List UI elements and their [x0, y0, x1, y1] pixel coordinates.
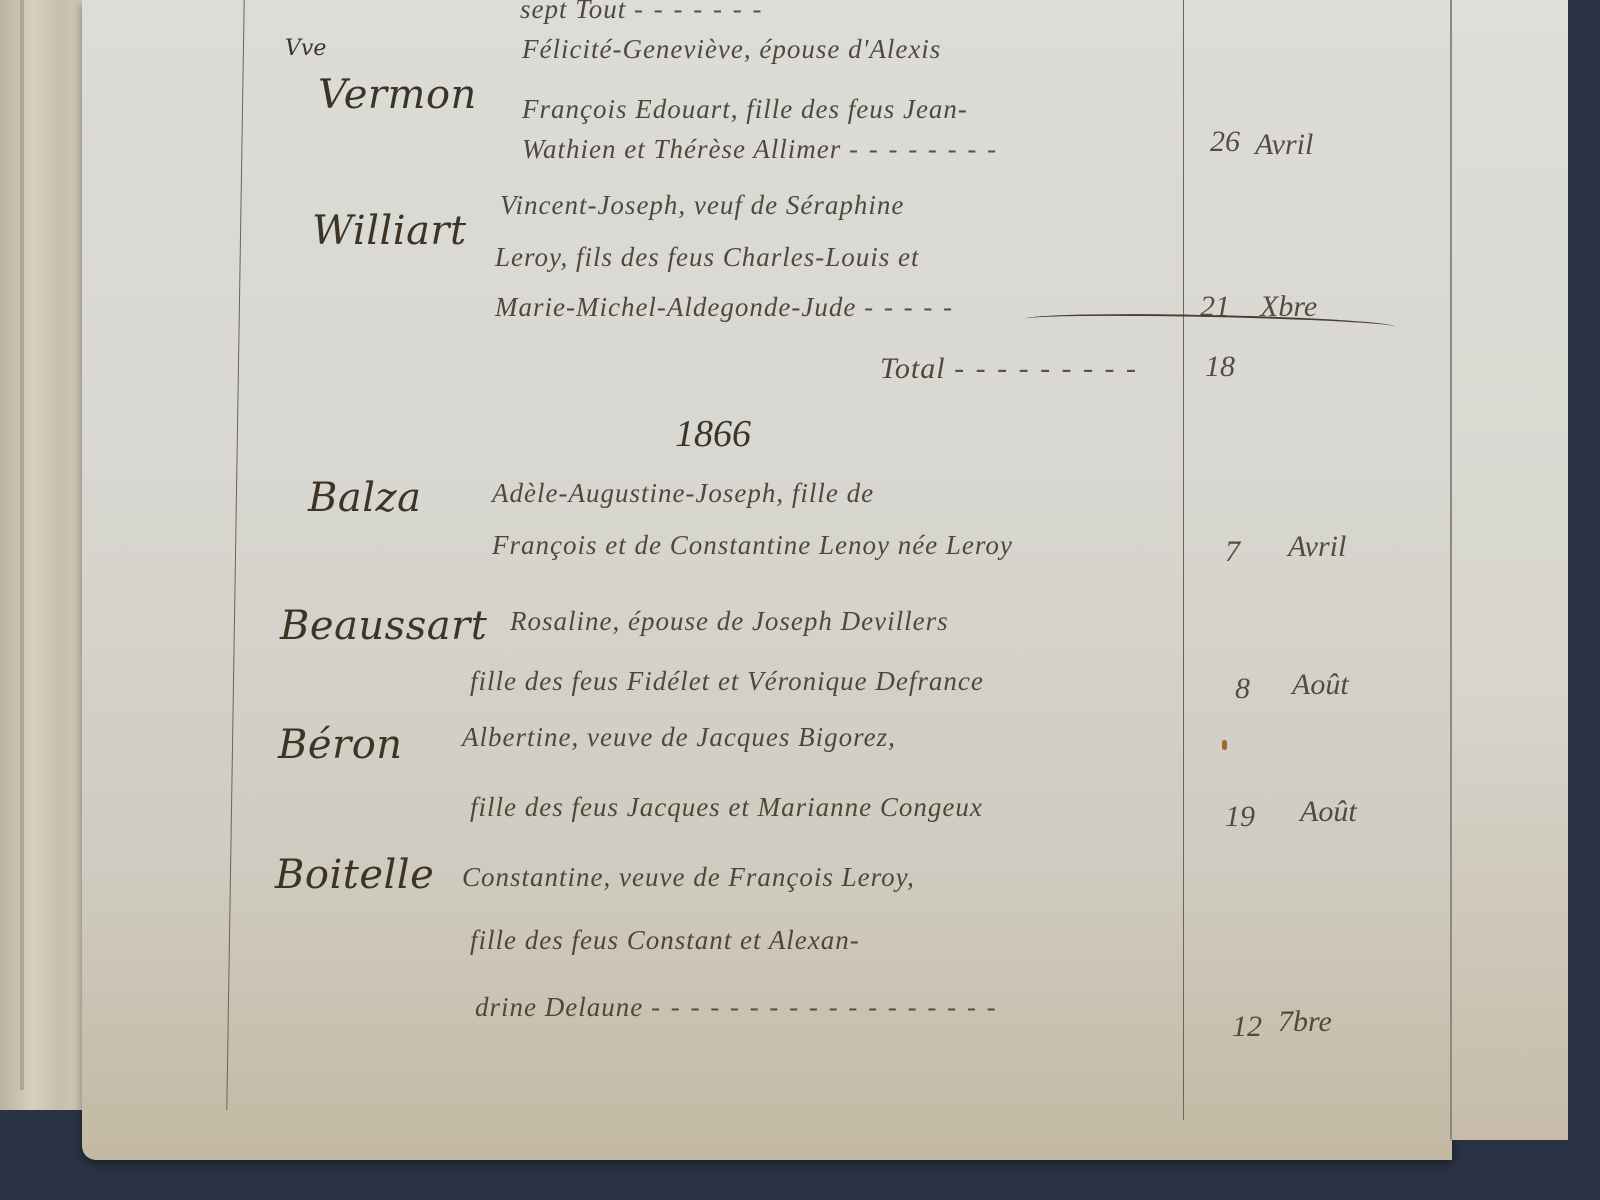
entry-line: Wathien et Thérèse Allimer - - - - - - -… [522, 134, 998, 165]
entry-line: drine Delaune - - - - - - - - - - - - - … [475, 992, 998, 1023]
date-column-rule [1183, 0, 1184, 1120]
entry-line: fille des feus Constant et Alexan- [470, 925, 860, 956]
total-label: Total [880, 352, 946, 385]
entry-text: sept Tout [520, 0, 626, 24]
dash-leader: - - - - - - - - - [954, 352, 1138, 385]
entry-line: Rosaline, épouse de Joseph Devillers [510, 606, 949, 637]
entry-text: Wathien et Thérèse Allimer [522, 134, 841, 164]
entry-line: Leroy, fils des feus Charles-Louis et [495, 242, 920, 273]
continued-line: sept Tout - - - - - - - [520, 0, 764, 25]
dash-leader: - - - - - - - - [849, 134, 998, 164]
surname-balza: Balza [308, 475, 421, 521]
entry-line: fille des feus Fidélet et Véronique Defr… [470, 666, 984, 697]
entry-line: Félicité-Geneviève, épouse d'Alexis [522, 34, 941, 65]
entry-line: Constantine, veuve de François Leroy, [462, 862, 915, 893]
entry-line: fille des feus Jacques et Marianne Conge… [470, 792, 983, 823]
date-month: Août [1300, 795, 1357, 829]
surname-beron: Béron [278, 722, 403, 768]
dash-leader: - - - - - [864, 292, 954, 322]
entry-text: Marie-Michel-Aldegonde-Jude [495, 292, 856, 322]
register-page [82, 0, 1452, 1160]
date-day: 7 [1225, 535, 1240, 569]
date-day: 12 [1232, 1010, 1262, 1044]
surname-boitelle: Boitelle [275, 852, 434, 898]
dash-leader: - - - - - - - [634, 0, 763, 24]
dash-leader: - - - - - - - - - - - - - - - - - - [651, 992, 998, 1022]
entry-text: drine Delaune [475, 992, 643, 1022]
surname-vermon: Vermon [318, 72, 477, 118]
entry-line: Albertine, veuve de Jacques Bigorez, [462, 722, 896, 753]
entry-line: François Edouart, fille des feus Jean- [522, 94, 968, 125]
date-day: 8 [1235, 672, 1250, 706]
surname-williart: Williart [312, 208, 467, 254]
date-month: Avril [1255, 128, 1313, 162]
surname-beaussart: Beaussart [280, 603, 487, 649]
entry-line: Vincent-Joseph, veuf de Séraphine [500, 190, 904, 221]
date-day: 26 [1210, 125, 1240, 159]
date-day: 19 [1225, 800, 1255, 834]
ink-stain [1222, 740, 1227, 750]
prefix-annotation: Vve [285, 36, 326, 61]
date-month: Avril [1288, 530, 1346, 564]
total-value: 18 [1205, 350, 1235, 384]
date-month: 7bre [1278, 1005, 1332, 1039]
total-row: Total - - - - - - - - - [880, 352, 1138, 386]
entry-line: Marie-Michel-Aldegonde-Jude - - - - - [495, 292, 954, 323]
year-heading: 1866 [675, 412, 751, 456]
next-page-edge [1450, 0, 1568, 1140]
date-month: Août [1292, 668, 1349, 702]
entry-line: François et de Constantine Lenoy née Ler… [492, 530, 1013, 561]
entry-line: Adèle-Augustine-Joseph, fille de [492, 478, 874, 509]
